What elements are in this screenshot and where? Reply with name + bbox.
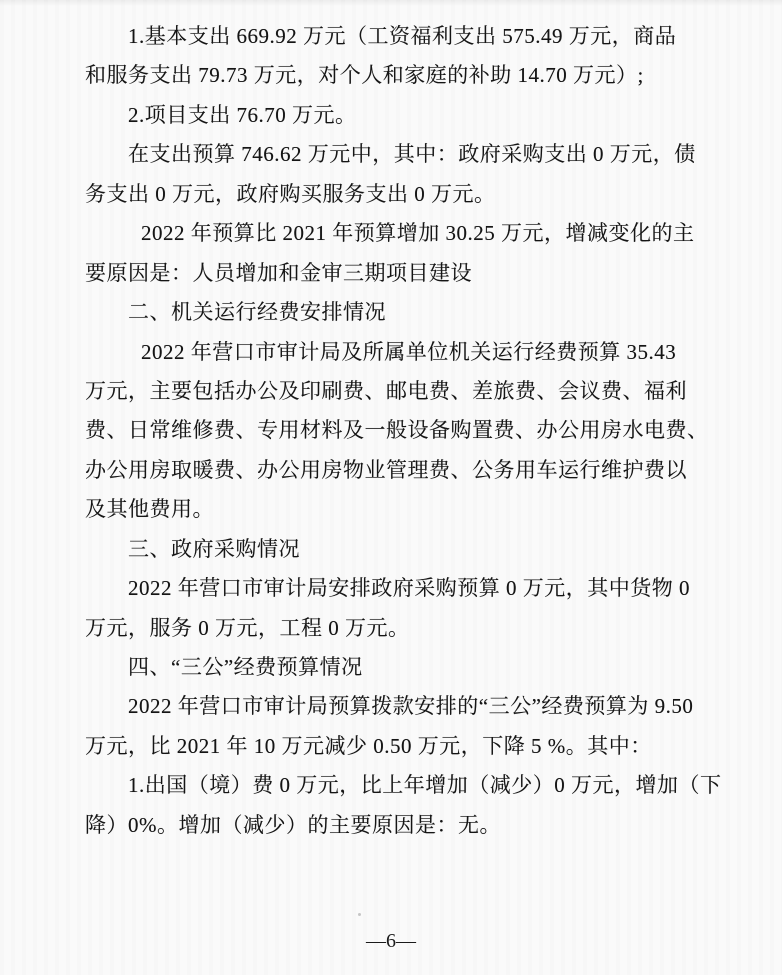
- doc-line-operating-cont-1: 万元，主要包括办公及印刷费、邮电费、差旅费、会议费、福利: [85, 372, 713, 411]
- section-heading-3: 三、政府采购情况: [85, 530, 713, 569]
- doc-line-expense-budget-cont: 务支出 0 万元，政府购买服务支出 0 万元。: [85, 175, 713, 214]
- doc-line-basic-expense: 1.基本支出 669.92 万元（工资福利支出 575.49 万元，商品: [85, 17, 713, 56]
- doc-line-operating-cont-4: 及其他费用。: [85, 490, 713, 529]
- doc-line-budget-change: 2022 年预算比 2021 年预算增加 30.25 万元，增减变化的主: [85, 214, 713, 253]
- document-body: 1.基本支出 669.92 万元（工资福利支出 575.49 万元，商品 和服务…: [85, 17, 713, 845]
- section-heading-2: 二、机关运行经费安排情况: [85, 293, 713, 332]
- doc-line-sangong-budget: 2022 年营口市审计局预算拨款安排的“三公”经费预算为 9.50: [85, 687, 713, 726]
- doc-line-procurement-cont: 万元，服务 0 万元，工程 0 万元。: [85, 609, 713, 648]
- page-footer: —6—: [0, 928, 782, 954]
- page-number: —6—: [366, 930, 416, 952]
- document-page: 1.基本支出 669.92 万元（工资福利支出 575.49 万元，商品 和服务…: [0, 0, 782, 975]
- scan-artifact-dot: [358, 913, 361, 916]
- doc-line-abroad-expense: 1.出国（境）费 0 万元，比上年增加（减少）0 万元，增加（下: [85, 766, 713, 805]
- doc-line-procurement: 2022 年营口市审计局安排政府采购预算 0 万元，其中货物 0: [85, 569, 713, 608]
- doc-line-operating-budget: 2022 年营口市审计局及所属单位机关运行经费预算 35.43: [85, 333, 713, 372]
- doc-line-abroad-expense-cont: 降）0%。增加（减少）的主要原因是：无。: [85, 806, 713, 845]
- doc-line-operating-cont-2: 费、日常维修费、专用材料及一般设备购置费、办公用房水电费、: [85, 411, 713, 450]
- doc-line-expense-budget: 在支出预算 746.62 万元中，其中：政府采购支出 0 万元，债: [85, 135, 713, 174]
- doc-line-operating-cont-3: 办公用房取暖费、办公用房物业管理费、公务用车运行维护费以: [85, 451, 713, 490]
- scan-edge-top: [0, 0, 782, 6]
- doc-line-project-expense: 2.项目支出 76.70 万元。: [85, 96, 713, 135]
- doc-line-budget-change-cont: 要原因是：人员增加和金审三期项目建设: [85, 254, 713, 293]
- section-heading-4: 四、“三公”经费预算情况: [85, 648, 713, 687]
- doc-line-sangong-cont: 万元，比 2021 年 10 万元减少 0.50 万元，下降 5 %。其中：: [85, 727, 713, 766]
- doc-line-basic-expense-cont: 和服务支出 79.73 万元，对个人和家庭的补助 14.70 万元）;: [85, 56, 713, 95]
